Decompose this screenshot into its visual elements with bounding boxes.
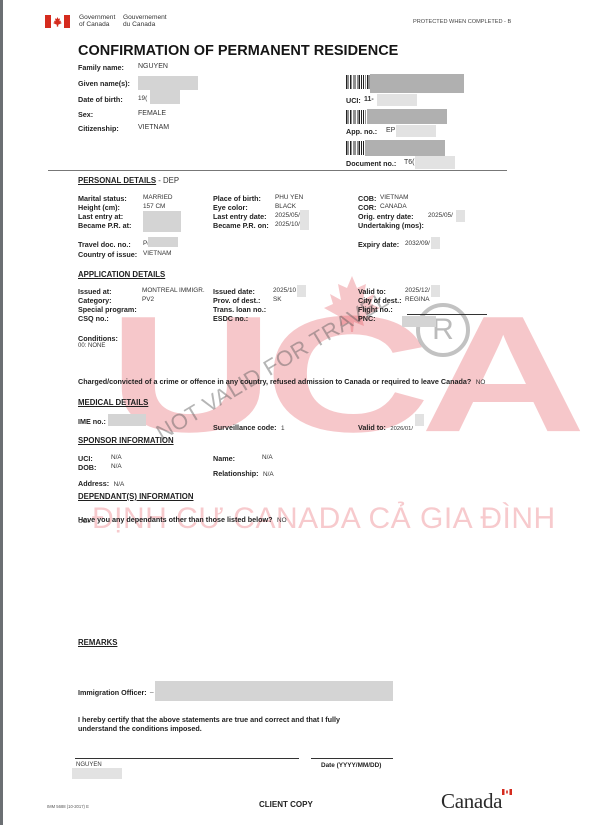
dob-label: Date of birth:: [78, 95, 123, 104]
dependants-title: DEPENDANT(S) INFORMATION: [78, 492, 194, 501]
became-pr-on-value: 2025/10/: [275, 221, 300, 228]
medical-valid-line: Valid to: 2026/01/: [358, 417, 413, 435]
signature-line: [75, 758, 299, 759]
medical-valid-to-value: 2026/01/: [390, 426, 413, 432]
redacted-uci-barcode: [370, 74, 464, 93]
date-label: Date (YYYY/MM/DD): [321, 762, 381, 769]
issued-date-value: 2025/10: [273, 287, 296, 294]
app-no-value: EP: [386, 127, 395, 134]
city-dest-value: REGINA: [405, 296, 430, 303]
dob-value: 19(: [138, 95, 147, 102]
eye-color-value: BLACK: [275, 203, 296, 210]
gov-en-line2: of Canada: [79, 21, 115, 28]
medical-valid-to-label: Valid to:: [358, 423, 386, 432]
cob-label: COB:: [358, 194, 376, 203]
sponsor-address-value: N/A: [114, 481, 125, 488]
undertaking-label: Undertaking (mos):: [358, 221, 424, 230]
orig-entry-value: 2025/05/: [428, 212, 453, 219]
remarks-title: REMARKS: [78, 638, 117, 647]
redacted-ime: [108, 414, 146, 426]
redacted-signer: [72, 768, 122, 779]
valid-to-label: Valid to:: [358, 287, 386, 296]
dependants-uci-label: UCI:: [78, 518, 91, 525]
redacted-app-no: [396, 125, 436, 137]
sponsor-name-value: N/A: [262, 454, 273, 461]
redacted-medical-valid: [415, 414, 424, 426]
charged-line: Charged/convicted of a crime or offence …: [78, 371, 485, 389]
place-of-birth-label: Place of birth:: [213, 194, 261, 203]
document-no-value: T6(: [404, 159, 415, 166]
sex-label: Sex:: [78, 110, 93, 119]
cor-value: CANADA: [380, 203, 407, 210]
became-pr-on-label: Became P.R. on:: [213, 221, 269, 230]
personal-details-suffix: - DEP: [156, 176, 179, 185]
document-no-label: Document no.:: [346, 159, 396, 168]
client-copy-label: CLIENT COPY: [259, 800, 313, 809]
cor-label: COR:: [358, 203, 376, 212]
page-title: CONFIRMATION OF PERMANENT RESIDENCE: [78, 43, 398, 59]
sponsor-uci-label: UCI:: [78, 454, 93, 463]
canada-wordmark: Canada: [441, 789, 502, 814]
sponsor-address-line: Address: N/A: [78, 473, 124, 491]
scan-edge: [0, 0, 3, 825]
last-entry-at-label: Last entry at:: [78, 212, 123, 221]
family-name-value: NGUYEN: [138, 63, 168, 70]
city-dest-label: City of dest.:: [358, 296, 402, 305]
travel-doc-label: Travel doc. no.:: [78, 240, 131, 249]
uci-label: UCI:: [346, 96, 361, 105]
sponsor-relationship-value: N/A: [263, 471, 274, 478]
issued-at-value: MONTREAL IMMIGR.: [142, 287, 205, 294]
redacted-document-no: [415, 156, 455, 169]
surveillance-label: Surveillance code:: [213, 423, 277, 432]
conditions-value: 00: NONE: [78, 343, 105, 349]
header-divider: [48, 170, 507, 171]
wordmark-flag-icon: [502, 789, 512, 795]
redacted-dob: [150, 90, 180, 104]
redacted-expiry: [431, 237, 440, 249]
valid-to-value: 2025/12/: [405, 287, 430, 294]
became-pr-at-label: Became P.R. at:: [78, 221, 131, 230]
expiry-label: Expiry date:: [358, 240, 399, 249]
issued-date-label: Issued date:: [213, 287, 255, 296]
given-names-label: Given name(s):: [78, 79, 130, 88]
orig-entry-label: Orig. entry date:: [358, 212, 414, 221]
family-name-label: Family name:: [78, 63, 124, 72]
redacted-orig-entry: [456, 210, 465, 222]
uci-barcode: [346, 75, 370, 89]
redacted-uci: [377, 94, 417, 106]
marital-status-label: Marital status:: [78, 194, 127, 203]
officer-label: Immigration Officer:: [78, 688, 147, 697]
flight-no-line: [407, 314, 487, 315]
csq-label: CSQ no.:: [78, 314, 109, 323]
dependants-question: Have you any dependants other than those…: [78, 515, 273, 524]
eye-color-label: Eye color:: [213, 203, 248, 212]
redacted-given-names: [138, 76, 198, 90]
sponsor-name-label: Name:: [213, 454, 235, 463]
sponsor-relationship-line: Relationship: N/A: [213, 463, 274, 481]
dependants-question-line: Have you any dependants other than those…: [78, 509, 287, 527]
category-label: Category:: [78, 296, 112, 305]
form-code: IMM 5688 (10-2017) E: [47, 804, 89, 809]
redacted-officer: [155, 681, 393, 701]
date-line: [311, 758, 393, 759]
redacted-travel-doc: [148, 237, 178, 247]
sponsor-dob-label: DOB:: [78, 463, 96, 472]
flight-no-label: Flight no.:: [358, 305, 393, 314]
redacted-doc-barcode: [365, 140, 445, 156]
gov-en-line1: Government: [79, 14, 115, 21]
canada-wordmark-text: Canada: [441, 789, 502, 813]
height-value: 157 CM: [143, 203, 165, 210]
sponsor-relationship-label: Relationship:: [213, 469, 259, 478]
pnc-label: PNC:: [358, 314, 376, 323]
esdc-label: ESDC no.:: [213, 314, 248, 323]
marital-status-value: MARRIED: [143, 194, 172, 201]
last-entry-date-label: Last entry date:: [213, 212, 267, 221]
personal-details-title: PERSONAL DETAILS: [78, 176, 156, 185]
citizenship-label: Citizenship:: [78, 124, 119, 133]
category-value: PV2: [142, 296, 154, 303]
officer-value: _: [150, 686, 154, 693]
document-no-barcode: [346, 141, 366, 155]
protected-label: PROTECTED WHEN COMPLETED - B: [413, 19, 511, 25]
special-program-label: Special program:: [78, 305, 137, 314]
surveillance-line: Surveillance code: 1: [213, 417, 285, 435]
gov-signature-en: Government of Canada: [79, 14, 115, 29]
trans-loan-label: Trans. loan no.:: [213, 305, 266, 314]
sex-value: FEMALE: [138, 110, 166, 117]
citizenship-value: VIETNAM: [138, 124, 169, 131]
redacted-issued-date: [297, 285, 306, 297]
certify-line1: I hereby certify that the above statemen…: [78, 715, 340, 724]
last-entry-date-value: 2025/05/: [275, 212, 300, 219]
sponsor-info-title: SPONSOR INFORMATION: [78, 436, 174, 445]
surveillance-value: 1: [281, 425, 285, 432]
expiry-value: 2032/09/: [405, 240, 430, 247]
sponsor-address-label: Address:: [78, 479, 109, 488]
sponsor-uci-value: N/A: [111, 454, 122, 461]
charged-answer: NO: [476, 379, 486, 386]
ime-label: IME no.:: [78, 417, 106, 426]
redacted-app-barcode: [367, 109, 447, 124]
prov-dest-value: SK: [273, 296, 282, 303]
dependants-answer: NO: [277, 517, 287, 524]
app-no-barcode: [346, 110, 368, 124]
cob-value: VIETNAM: [380, 194, 408, 201]
country-issue-value: VIETNAM: [143, 250, 171, 257]
watermark-registered-icon: R: [416, 303, 470, 357]
redacted-valid-to: [431, 285, 440, 297]
prov-dest-label: Prov. of dest.:: [213, 296, 260, 305]
redacted-entry-location: [143, 211, 181, 232]
height-label: Height (cm):: [78, 203, 120, 212]
conditions-label: Conditions:: [78, 334, 118, 343]
sponsor-dob-value: N/A: [111, 463, 122, 470]
issued-at-label: Issued at:: [78, 287, 112, 296]
charged-question: Charged/convicted of a crime or offence …: [78, 377, 471, 386]
canada-flag-icon: [45, 15, 70, 28]
application-details-title: APPLICATION DETAILS: [78, 270, 165, 279]
gov-signature-fr: Gouvernement du Canada: [123, 14, 167, 29]
redacted-pnc: [402, 316, 436, 327]
country-issue-label: Country of issue:: [78, 250, 137, 259]
uci-value: 11-: [364, 96, 374, 103]
personal-details-heading: PERSONAL DETAILS - DEP: [78, 176, 179, 185]
place-of-birth-value: PHU YEN: [275, 194, 303, 201]
gov-fr-line2: du Canada: [123, 21, 167, 28]
gov-fr-line1: Gouvernement: [123, 14, 167, 21]
app-no-label: App. no.:: [346, 127, 377, 136]
certify-line2: understand the conditions imposed.: [78, 724, 202, 733]
medical-details-title: MEDICAL DETAILS: [78, 398, 148, 407]
redacted-entry-dates: [300, 210, 309, 230]
